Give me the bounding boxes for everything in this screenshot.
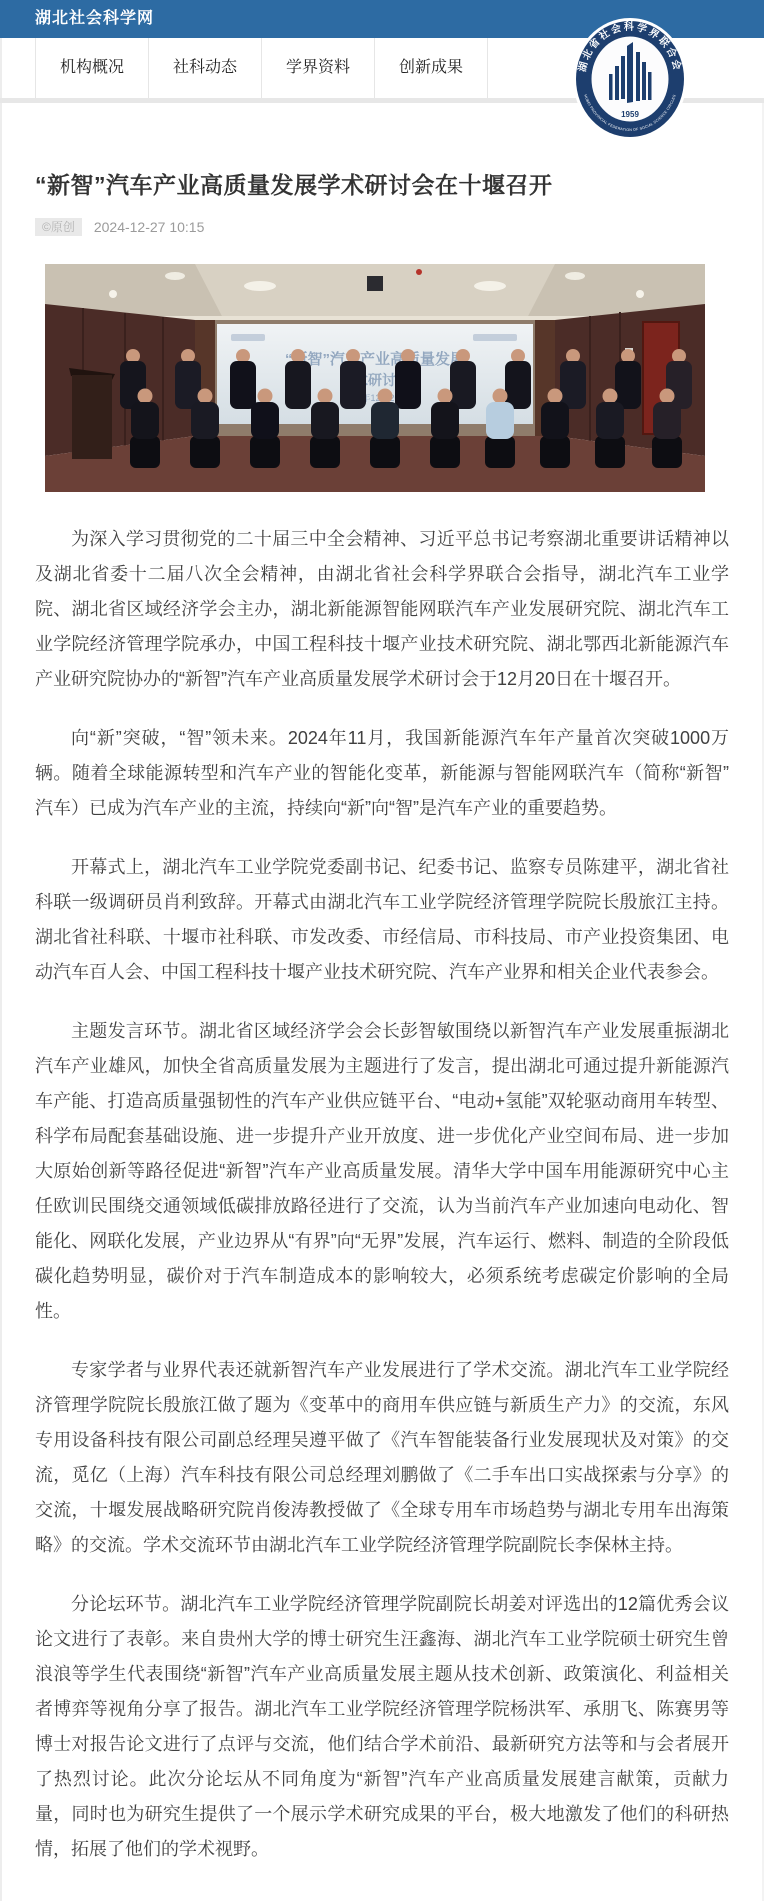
article-meta: ©原创 2024-12-27 10:15 (35, 216, 729, 237)
paragraph-3: 开幕式上，湖北汽车工业学院党委副书记、纪委书记、监察专员陈建平，湖北省社科联一级… (35, 850, 729, 990)
site-title[interactable]: 湖北社会科学网 (35, 0, 154, 38)
publish-datetime: 2024-12-27 10:15 (94, 219, 205, 235)
page: 湖北社会科学网 机构概况 社科动态 学界资料 创新成果 “新智”汽车产业高质量发… (0, 0, 764, 1901)
paragraph-2: 向“新”突破，“智”领未来。2024年11月，我国新能源汽车年产量首次突破100… (35, 721, 729, 826)
paragraph-5: 专家学者与业界代表还就新智汽车产业发展进行了学术交流。湖北汽车工业学院经济管理学… (35, 1353, 729, 1563)
nav-item-social-news[interactable]: 社科动态 (148, 38, 261, 98)
alarm-light (416, 269, 422, 275)
nav-item-academic-info[interactable]: 学界资料 (261, 38, 374, 98)
article-body: 为深入学习贯彻党的二十届三中全会精神、习近平总书记考察湖北重要讲话精神以及湖北省… (35, 522, 729, 1901)
article-content: “新智”汽车产业高质量发展学术研讨会在十堰召开 ©原创 2024-12-27 1… (0, 169, 764, 1901)
federation-seal-svg: 湖北省社会科学界联合会 HUBEI PROVINCIAL FEDERATION … (573, 18, 687, 140)
ceiling-light (474, 281, 506, 291)
conference-photo-svg: “新智”汽车产业高质量发展 学术研讨会 2024年12月20日 (45, 264, 705, 492)
federation-logo: 湖北省社会科学界联合会 HUBEI PROVINCIAL FEDERATION … (573, 18, 687, 140)
screen-title-line1: “新智”汽车产业高质量发展 (285, 350, 465, 368)
ceiling-light (244, 281, 276, 291)
article-title: “新智”汽车产业高质量发展学术研讨会在十堰召开 (35, 169, 729, 201)
podium (72, 375, 112, 459)
projector (367, 276, 383, 291)
original-badge: ©原创 (35, 218, 82, 236)
paragraph-1: 为深入学习贯彻党的二十届三中全会精神、习近平总书记考察湖北重要讲话精神以及湖北省… (35, 522, 729, 697)
seal-year: 1959 (621, 110, 639, 119)
nav-item-innovation[interactable]: 创新成果 (374, 38, 488, 98)
nav-item-org-overview[interactable]: 机构概况 (35, 38, 148, 98)
paragraph-4: 主题发言环节。湖北省区域经济学会会长彭智敏围绕以新智汽车产业发展重振湖北汽车产业… (35, 1014, 729, 1329)
paragraph-6: 分论坛环节。湖北汽车工业学院经济管理学院副院长胡姜对评选出的12篇优秀会议论文进… (35, 1587, 729, 1867)
conference-photo: “新智”汽车产业高质量发展 学术研讨会 2024年12月20日 (45, 264, 705, 492)
